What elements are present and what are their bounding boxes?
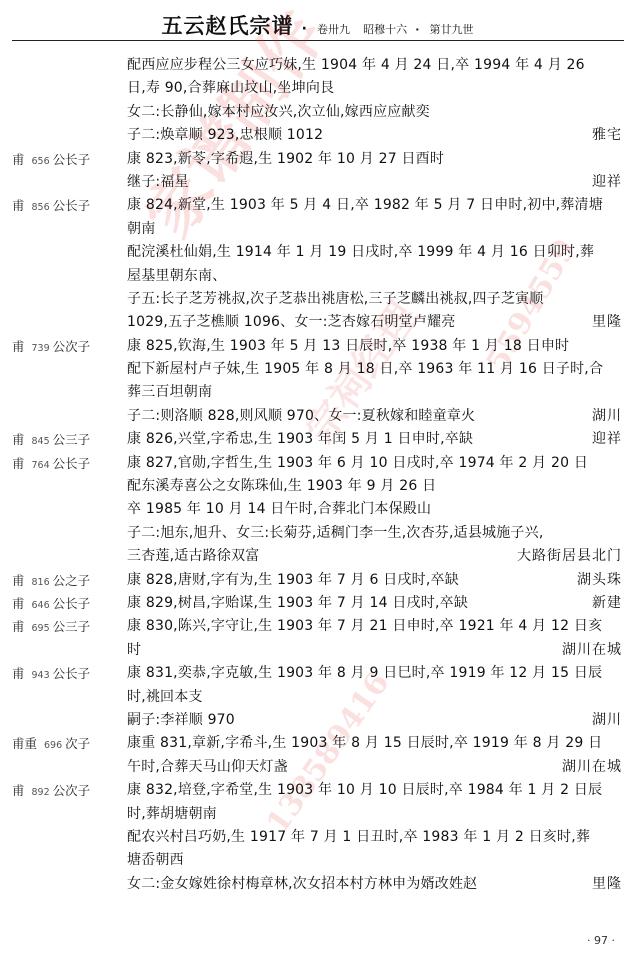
entry-line: 葬三百坦朝南 [0,381,635,404]
entry-text: 配东溪寿喜公之女陈珠仙,生 1903 年 9 月 26 日 [127,475,436,498]
entry-line: 甫 764公长子康 827,官勋,字哲生,生 1903 年 6 月 10 日戌时… [0,452,635,475]
entry-text: 子二:旭东,旭升、女三:长菊芬,适稠门李一生,次杏芬,适县城施子兴, [127,522,543,545]
lineage-label: 甫重 696次子 [12,732,90,757]
entry-text: 康 828,唐财,字有为,生 1903 年 7 月 6 日戌时,卒缺 [127,569,459,592]
entry-text: 时,葬胡塘朝南 [127,803,217,826]
lineage-label: 甫 739公次子 [12,335,90,360]
volume-label: 卷卅九 [317,23,350,36]
entry-text: 康 831,奕恭,字克敏,生 1903 年 8 月 9 日巳时,卒 1919 年… [127,662,602,685]
entry-line: 时,祧回本支 [0,686,635,709]
entry-line: 甫 892公次子康 832,培登,字希堂,生 1903 年 10 月 10 日辰… [0,779,635,802]
residence-place: 湖川 [592,709,622,732]
residence-place: 湖头珠 [577,569,622,592]
entry-text: 配下新屋村卢子妹,生 1905 年 8 月 18 日,卒 1963 年 11 月… [127,358,603,381]
entry-line: 配下新屋村卢子妹,生 1905 年 8 月 18 日,卒 1963 年 11 月… [0,358,635,381]
entry-line: 卒 1985 年 10 月 14 日午时,合葬北门本保殿山 [0,498,635,521]
entry-line: 甫 739公次子康 825,钦海,生 1903 年 5 月 13 日辰时,卒 1… [0,335,635,358]
entry-line: 朝南 [0,218,635,241]
entry-line: 子五:长子芝芳祧叔,次子芝恭出祧唐松,三子芝麟出祧叔,四子芝寅顺 [0,288,635,311]
entry-line: 塘岙朝西 [0,849,635,872]
generation-label: 第廿九世 [429,23,473,36]
entry-text: 女二:金女嫁姓徐村梅章林,次女招本村方林申为婿改姓赵 [127,873,477,896]
entry-line: 时,葬胡塘朝南 [0,803,635,826]
entry-line: 甫 646公长子康 829,树昌,字贻谋,生 1903 年 7 月 14 日戌时… [0,592,635,615]
entry-text: 嗣子:李祥顺 970 [127,709,235,732]
entry-text: 配西应应步程公三女应巧妹,生 1904 年 4 月 24 日,卒 1994 年 … [127,54,585,77]
entry-text: 三杏莲,适古路徐双富 [127,545,259,568]
entry-line: 配农兴村吕巧奶,生 1917 年 7 月 1 日丑时,卒 1983 年 1 月 … [0,826,635,849]
entry-text: 康 829,树昌,字贻谋,生 1903 年 7 月 14 日戌时,卒缺 [127,592,468,615]
entry-line: 女二:长静仙,嫁本村应汝兴,次立仙,嫁西应应献奕 [0,101,635,124]
entry-text: 康 826,兴堂,字希忠,生 1903 年闰 5 月 1 日申时,卒缺 [127,428,473,451]
entry-text: 时,祧回本支 [127,686,203,709]
lineage-label: 甫 856公长子 [12,194,90,219]
entry-text: 塘岙朝西 [127,849,184,872]
entry-line: 甫 845公三子康 826,兴堂,字希忠,生 1903 年闰 5 月 1 日申时… [0,428,635,451]
entry-line: 时湖川在城 [0,639,635,662]
entry-text: 康 825,钦海,生 1903 年 5 月 13 日辰时,卒 1938 年 1 … [127,335,569,358]
residence-place: 湖川 [592,405,622,428]
entry-line: 嗣子:李祥顺 970湖川 [0,709,635,732]
lineage-label: 甫 646公长子 [12,592,90,617]
page-number: · 97 · [587,934,615,947]
entry-line: 三杏莲,适古路徐双富大路街居县北门 [0,545,635,568]
entry-text: 康重 831,章新,字希斗,生 1903 年 8 月 15 日辰时,卒 1919… [127,732,602,755]
entry-text: 子二:焕章顺 923,忠根顺 1012 [127,124,323,147]
residence-place: 湖川在城 [562,756,622,779]
lineage-label: 甫 892公次子 [12,779,90,804]
residence-place: 里隆 [592,873,622,896]
entry-line: 屋基里朝东南、 [0,265,635,288]
separator-dot: · [415,23,419,36]
residence-place: 湖川在城 [562,639,622,662]
entry-text: 日,寿 90,合葬麻山坟山,坐坤向艮 [127,77,334,100]
entry-text: 配浣溪杜仙娟,生 1914 年 1 月 19 日戌时,卒 1999 年 4 月 … [127,241,594,264]
entry-line: 甫 656公长子康 823,新苓,字希遐,生 1902 年 10 月 27 日酉… [0,148,635,171]
entry-text: 午时,合葬天马山仰天灯盏 [127,756,288,779]
lineage-label: 甫 816公之子 [12,569,90,594]
page-header: 五云赵氏宗谱 · 卷卅九 昭穆十六 · 第廿九世 [0,10,635,42]
entry-text: 子五:长子芝芳祧叔,次子芝恭出祧唐松,三子芝麟出祧叔,四子芝寅顺 [127,288,543,311]
entry-line: 女二:金女嫁姓徐村梅章林,次女招本村方林申为婿改姓赵里隆 [0,873,635,896]
entry-line: 子二:旭东,旭升、女三:长菊芬,适稠门李一生,次杏芬,适县城施子兴, [0,522,635,545]
separator-dot: · [302,21,307,37]
entry-line: 甫 695公三子康 830,陈兴,字守让,生 1903 年 7 月 21 日申时… [0,615,635,638]
section-label: 昭穆十六 [363,23,407,36]
entry-line: 配西应应步程公三女应巧妹,生 1904 年 4 月 24 日,卒 1994 年 … [0,54,635,77]
entry-text: 配农兴村吕巧奶,生 1917 年 7 月 1 日丑时,卒 1983 年 1 月 … [127,826,590,849]
entry-text: 屋基里朝东南、 [127,265,226,288]
entry-text: 康 832,培登,字希堂,生 1903 年 10 月 10 日辰时,卒 1984… [127,779,602,802]
book-title: 五云赵氏宗谱 [162,13,294,38]
entry-line: 配浣溪杜仙娟,生 1914 年 1 月 19 日戌时,卒 1999 年 4 月 … [0,241,635,264]
residence-place: 大路街居县北门 [517,545,622,568]
residence-place: 迎祥 [592,428,622,451]
lineage-label: 甫 695公三子 [12,615,90,640]
entry-line: 1029,五子芝樵顺 1096、女一:芝杏嫁石明堂卢耀亮里隆 [0,311,635,334]
lineage-label: 甫 656公长子 [12,148,90,173]
entry-line: 甫 856公长子康 824,新堂,生 1903 年 5 月 4 日,卒 1982… [0,194,635,217]
lineage-label: 甫 943公长子 [12,662,90,687]
lineage-label: 甫 845公三子 [12,428,90,453]
residence-place: 里隆 [592,311,622,334]
entry-line: 子二:则洛顺 828,则风顺 970、女一:夏秋嫁和睦童章火湖川 [0,405,635,428]
entry-text: 子二:则洛顺 828,则风顺 970、女一:夏秋嫁和睦童章火 [127,405,475,428]
genealogy-entries: 配西应应步程公三女应巧妹,生 1904 年 4 月 24 日,卒 1994 年 … [0,54,635,896]
entry-line: 日,寿 90,合葬麻山坟山,坐坤向艮 [0,77,635,100]
entry-text: 康 824,新堂,生 1903 年 5 月 4 日,卒 1982 年 5 月 7… [127,194,603,217]
residence-place: 迎祥 [592,171,622,194]
entry-text: 继子:福星 [127,171,189,194]
entry-line: 配东溪寿喜公之女陈珠仙,生 1903 年 9 月 26 日 [0,475,635,498]
entry-line: 甫 816公之子康 828,唐财,字有为,生 1903 年 7 月 6 日戌时,… [0,569,635,592]
entry-text: 时 [127,639,141,662]
entry-line: 甫重 696次子康重 831,章新,字希斗,生 1903 年 8 月 15 日辰… [0,732,635,755]
lineage-label: 甫 764公长子 [12,452,90,477]
entry-text: 康 823,新苓,字希遐,生 1902 年 10 月 27 日酉时 [127,148,444,171]
entry-line: 继子:福星迎祥 [0,171,635,194]
entry-text: 卒 1985 年 10 月 14 日午时,合葬北门本保殿山 [127,498,431,521]
residence-place: 雅宅 [592,124,622,147]
entry-text: 女二:长静仙,嫁本村应汝兴,次立仙,嫁西应应献奕 [127,101,430,124]
entry-line: 午时,合葬天马山仰天灯盏湖川在城 [0,756,635,779]
entry-text: 1029,五子芝樵顺 1096、女一:芝杏嫁石明堂卢耀亮 [127,311,455,334]
entry-text: 康 827,官勋,字哲生,生 1903 年 6 月 10 日戌时,卒 1974 … [127,452,588,475]
entry-line: 甫 943公长子康 831,奕恭,字克敏,生 1903 年 8 月 9 日巳时,… [0,662,635,685]
entry-text: 朝南 [127,218,155,241]
entry-text: 葬三百坦朝南 [127,381,212,404]
entry-text: 康 830,陈兴,字守让,生 1903 年 7 月 21 日申时,卒 1921 … [127,615,602,638]
header-divider [12,40,624,41]
residence-place: 新建 [592,592,622,615]
entry-line: 子二:焕章顺 923,忠根顺 1012雅宅 [0,124,635,147]
